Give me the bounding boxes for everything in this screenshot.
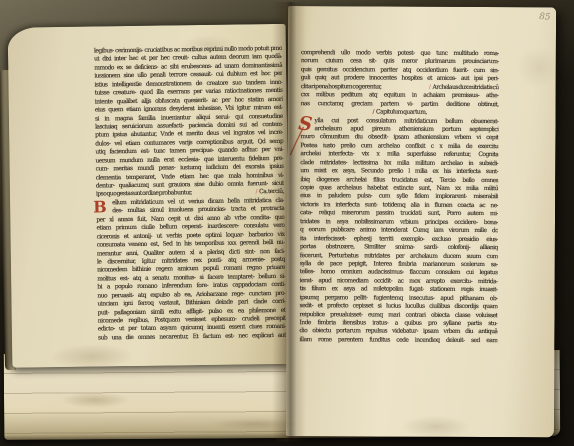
text-line: archelaum apud pireum atheniensium portu… [300, 125, 498, 134]
left-text-upper: legibus- cerimonijs- cruciatibus ac mori… [94, 45, 284, 191]
chapter-ref-label: Ca. terciū, [259, 188, 284, 195]
folio-number: 85 [538, 12, 550, 23]
left-text-indented: ellum mitridaticum vel ut verius dicam b… [96, 197, 284, 216]
book-opening-photo: legibus- cerimonijs- cruciatibus ac mori… [0, 0, 574, 446]
chapter-heading-label: Capitulum quartum, [376, 109, 427, 116]
sentence-start-text: ∕Archelaus dux mitridatis cū [429, 83, 499, 92]
right-text-upper: comprehendi ullo modo verbis potest- que… [301, 49, 499, 84]
right-text-lower: muro cōmunitum diu obsedit- ipsam atheni… [299, 133, 498, 345]
right-text-mid: cxx milibus peditum atq equitum in achai… [301, 91, 499, 109]
text-line: portas obstruxere, Similiter smirna- sar… [300, 243, 498, 252]
right-page-text: comprehendi ullo modo verbis potest- que… [299, 49, 499, 345]
text-line: illam rome parentem funditus cede incend… [299, 336, 497, 345]
paragraph-bellum: B ellum mitridaticum vel ut verius dicam… [96, 197, 284, 216]
paragraph-sylla: S ylla cui post consulatum mitridaticum … [300, 117, 498, 135]
right-page: 85 comprehendi ullo modo verbis potest- … [286, 6, 556, 437]
rubric-mark-icon: ∕ [429, 83, 433, 90]
left-page-text: legibus- cerimonijs- cruciatibus ac mori… [94, 45, 286, 343]
right-text-indented: ylla cui post consulatum mitridaticum be… [300, 117, 498, 135]
rubric-mark-icon: ∕ [255, 189, 259, 196]
text-line: sub una die omnes necarentur, Et factum … [98, 332, 286, 343]
archelaus-text: Archelaus dux mitridatis cū [432, 84, 498, 91]
rubricated-initial-s: S [297, 113, 313, 134]
left-page: legibus- cerimonijs- cruciatibus ac mori… [8, 24, 291, 368]
left-text-lower: per xl annos fuit, Nam cepit ut dixi ann… [96, 214, 286, 343]
rubricated-initial-b: B [93, 198, 107, 215]
